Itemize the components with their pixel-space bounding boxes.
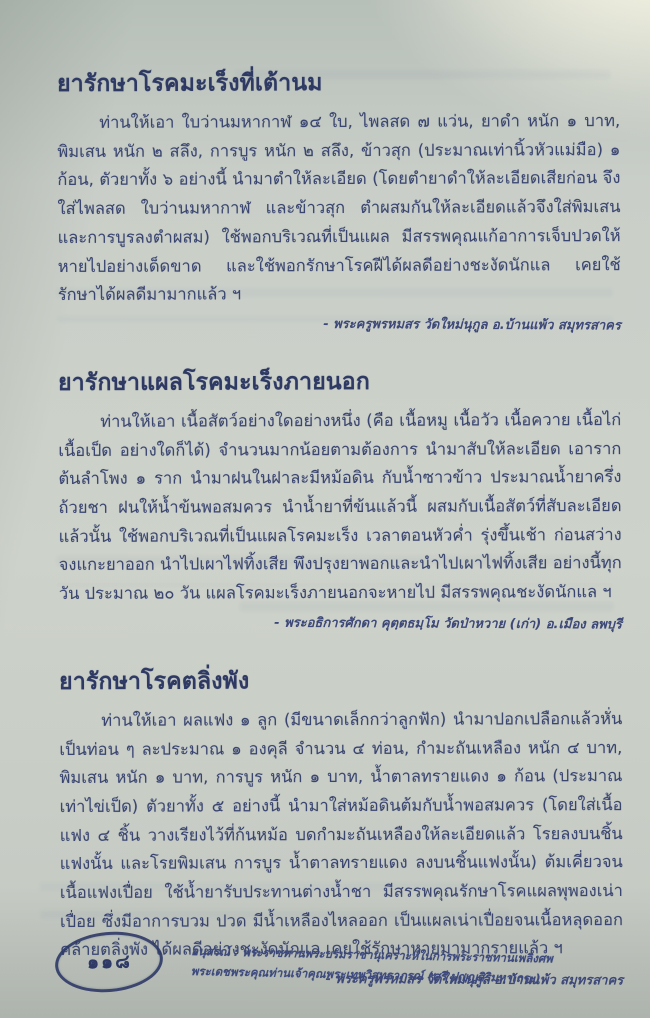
- remedy-section-external-cancer-sores: ยารักษาแผลโรคมะเร็งภายนอก ท่านให้เอา เนื…: [58, 363, 622, 634]
- remedy-section-breast-cancer: ยารักษาโรคมะเร็งที่เต้านม ท่านให้เอา ใบว…: [57, 64, 621, 335]
- scanned-book-page: ยารักษาโรคมะเร็งที่เต้านม ท่านให้เอา ใบว…: [0, 0, 650, 1018]
- page-footer: ๑๑๘ อนุสรณ์ : พระราชทานพระบรมราชานุเคราะ…: [55, 932, 620, 992]
- section-body: ท่านให้เอา เนื้อสัตว์อย่างใดอย่างหนึ่ง (…: [58, 406, 622, 609]
- page-content: ยารักษาโรคมะเร็งที่เต้านม ท่านให้เอา ใบว…: [57, 64, 623, 990]
- section-heading: ยารักษาแผลโรคมะเร็งภายนอก: [58, 363, 621, 401]
- section-attribution: - พระอธิการศักดา คุตฺตธมฺโม วัดป่าหวาย (…: [59, 610, 622, 634]
- section-body: ท่านให้เอา ผลแฟง ๑ ลูก (มีขนาดเล็กกว่าลู…: [59, 705, 623, 965]
- page-number: ๑๑๘: [86, 947, 131, 978]
- page-number-oval: ๑๑๘: [53, 927, 166, 996]
- section-heading: ยารักษาโรคตลิ่งพัง: [59, 662, 622, 700]
- section-heading: ยารักษาโรคมะเร็งที่เต้านม: [57, 64, 620, 102]
- memorial-footnote: อนุสรณ์ : พระราชทานพระบรมราชานุเคราะห์ใน…: [191, 942, 553, 989]
- section-body: ท่านให้เอา ใบว่านมหากาฬ ๑๔ ใบ, ไพลสด ๗ แ…: [57, 107, 621, 310]
- section-attribution: - พระครูพรหมสร วัดใหม่นุกูล อ.บ้านแพ้ว ส…: [58, 311, 621, 335]
